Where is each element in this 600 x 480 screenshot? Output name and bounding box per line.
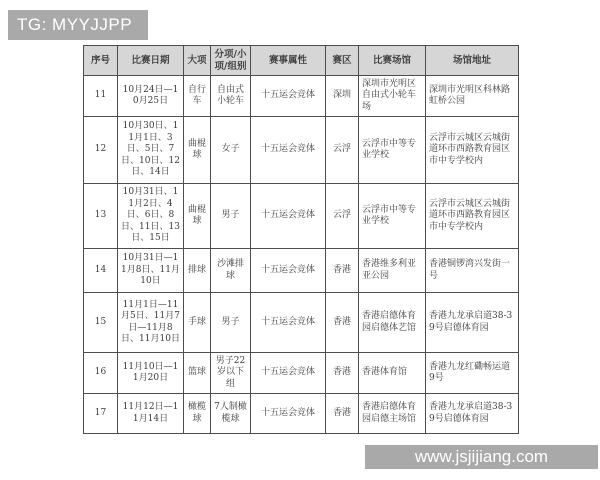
table-cell: 11: [84, 76, 118, 117]
table-row: 1711月12日—11月14日橄榄球7人制橄榄球十五运会竞体香港香港启德体育园启…: [84, 394, 519, 434]
column-header: 比赛日期: [118, 46, 184, 76]
table-row: 1210月30日、11月1日、3日、5日、7日、10日、12日、14日曲棍球女子…: [84, 117, 519, 184]
table-cell: 女子: [211, 117, 251, 184]
table-cell: 手球: [184, 293, 211, 353]
column-header: 比赛场馆: [359, 46, 426, 76]
table-cell: 13: [84, 184, 118, 249]
table-cell: 十五运会竞体: [251, 184, 326, 249]
table-cell: 11月12日—11月14日: [118, 394, 184, 434]
table-cell: 十五运会竞体: [251, 353, 326, 394]
table-cell: 十五运会竞体: [251, 249, 326, 293]
table-cell: 橄榄球: [184, 394, 211, 434]
table-cell: 十五运会竞体: [251, 117, 326, 184]
table-cell: 香港: [326, 293, 359, 353]
table-cell: 自由式小轮车: [211, 76, 251, 117]
table-cell: 排球: [184, 249, 211, 293]
table-cell: 十五运会竞体: [251, 394, 326, 434]
table-cell: 香港启德体育园启德体艺馆: [359, 293, 426, 353]
table-cell: 14: [84, 249, 118, 293]
table-cell: 16: [84, 353, 118, 394]
table-cell: 10月30日、11月1日、3日、5日、7日、10日、12日、14日: [118, 117, 184, 184]
watermark-bottom: www.jsjijiang.com: [365, 445, 598, 469]
schedule-table: 序号比赛日期大项分项/小项/组别赛事属性赛区比赛场馆场馆地址 1110月24日—…: [83, 45, 519, 434]
table-cell: 男子22岁以下组: [211, 353, 251, 394]
table-cell: 十五运会竞体: [251, 76, 326, 117]
table-cell: 10月31日—11月8日、11月10日: [118, 249, 184, 293]
table-cell: 香港九龙承启道38-39号启德体育园: [426, 293, 519, 353]
table-cell: 香港: [326, 394, 359, 434]
table-row: 1110月24日—10月25日自行车自由式小轮车十五运会竞体深圳深圳市光明区自由…: [84, 76, 519, 117]
table-cell: 香港: [326, 249, 359, 293]
table-cell: 11月10日—11月20日: [118, 353, 184, 394]
table-cell: 香港九龙红磡畅运道9号: [426, 353, 519, 394]
table-cell: 男子: [211, 293, 251, 353]
table-cell: 香港维多利亚亚公园: [359, 249, 426, 293]
table-cell: 男子: [211, 184, 251, 249]
table-cell: 云浮市中等专业学校: [359, 117, 426, 184]
table-cell: 香港体育馆: [359, 353, 426, 394]
table-cell: 香港九龙承启道38-39号启德体育园: [426, 394, 519, 434]
table-cell: 10月31日、11月2日、4日、6日、8日、11日、13日、15日: [118, 184, 184, 249]
table-cell: 7人制橄榄球: [211, 394, 251, 434]
table-cell: 10月24日—10月25日: [118, 76, 184, 117]
table-cell: 云浮: [326, 117, 359, 184]
table-row: 1611月10日—11月20日篮球男子22岁以下组十五运会竞体香港香港体育馆香港…: [84, 353, 519, 394]
column-header: 赛区: [326, 46, 359, 76]
table-cell: 篮球: [184, 353, 211, 394]
table-cell: 深圳市光明区科林路虹桥公园: [426, 76, 519, 117]
table-row: 1410月31日—11月8日、11月10日排球沙滩排球十五运会竞体香港香港维多利…: [84, 249, 519, 293]
header-row: 序号比赛日期大项分项/小项/组别赛事属性赛区比赛场馆场馆地址: [84, 46, 519, 76]
table-cell: 12: [84, 117, 118, 184]
table-row: 1310月31日、11月2日、4日、6日、8日、11日、13日、15日曲棍球男子…: [84, 184, 519, 249]
table-body: 1110月24日—10月25日自行车自由式小轮车十五运会竞体深圳深圳市光明区自由…: [84, 76, 519, 434]
table-cell: 11月1日—11月5日、11月7日—11月8日、11月10日: [118, 293, 184, 353]
column-header: 序号: [84, 46, 118, 76]
table-cell: 曲棍球: [184, 117, 211, 184]
table-cell: 云浮市中等专业学校: [359, 184, 426, 249]
table-cell: 17: [84, 394, 118, 434]
table-cell: 云浮: [326, 184, 359, 249]
table-cell: 自行车: [184, 76, 211, 117]
table-cell: 沙滩排球: [211, 249, 251, 293]
table-cell: 十五运会竞体: [251, 293, 326, 353]
table-cell: 云浮市云城区云城街道环市西路教育园区市中专学校内: [426, 117, 519, 184]
column-header: 场馆地址: [426, 46, 519, 76]
table-cell: 香港: [326, 353, 359, 394]
table-cell: 香港铜锣湾兴发街一号: [426, 249, 519, 293]
watermark-top: TG: MYYJJPP: [8, 10, 148, 40]
column-header: 赛事属性: [251, 46, 326, 76]
table-header-row: 序号比赛日期大项分项/小项/组别赛事属性赛区比赛场馆场馆地址: [84, 46, 519, 76]
table-cell: 15: [84, 293, 118, 353]
column-header: 分项/小项/组别: [211, 46, 251, 76]
table-row: 1511月1日—11月5日、11月7日—11月8日、11月10日手球男子十五运会…: [84, 293, 519, 353]
table-cell: 云浮市云城区云城街道环市西路教育园区市中专学校内: [426, 184, 519, 249]
table-cell: 香港启德体育园启德主场馆: [359, 394, 426, 434]
table-cell: 深圳: [326, 76, 359, 117]
table-cell: 深圳市光明区自由式小轮车场: [359, 76, 426, 117]
table-cell: 曲棍球: [184, 184, 211, 249]
column-header: 大项: [184, 46, 211, 76]
schedule-table-container: 序号比赛日期大项分项/小项/组别赛事属性赛区比赛场馆场馆地址 1110月24日—…: [83, 45, 519, 434]
